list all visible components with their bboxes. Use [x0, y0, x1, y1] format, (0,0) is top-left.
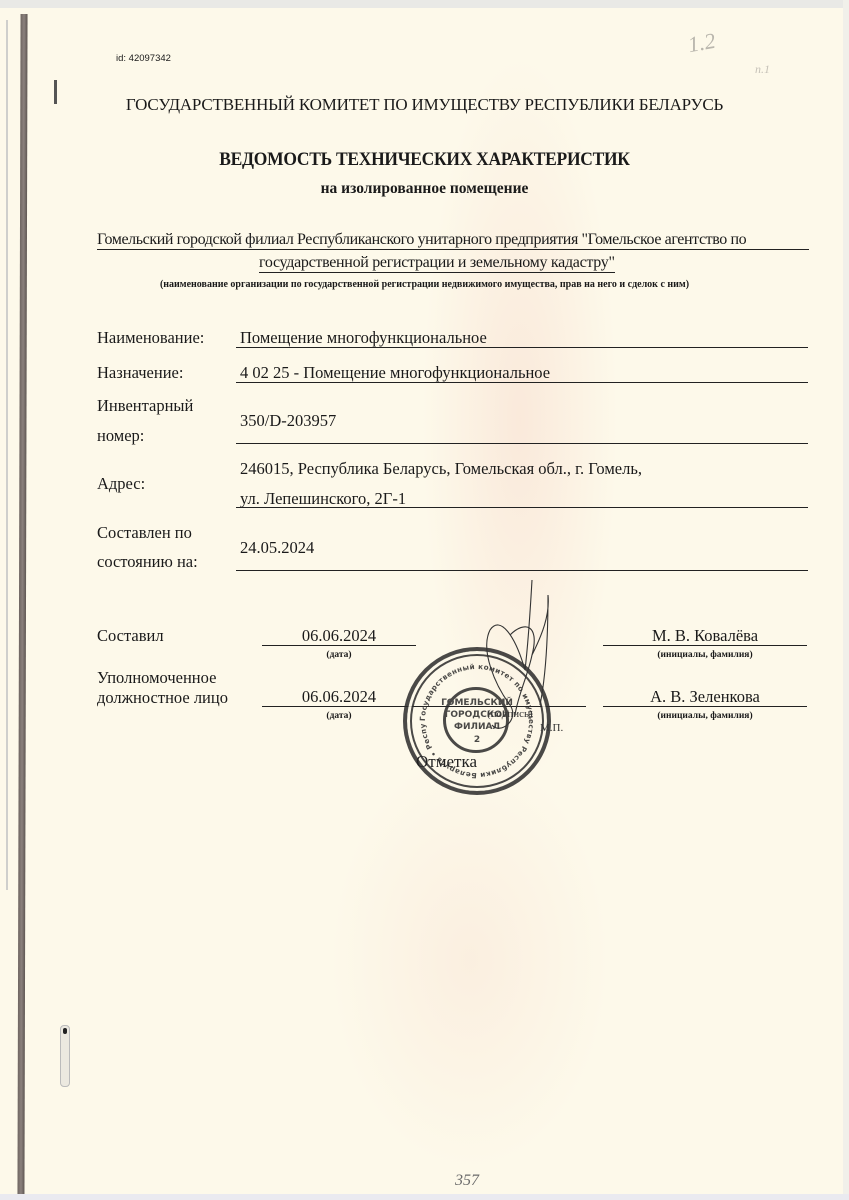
field-value-inventory: 350/D-203957: [240, 411, 336, 431]
field-label-inventory-line2: номер:: [97, 426, 144, 446]
field-label-as-of-line1: Составлен по: [97, 523, 192, 543]
date-caption: (дата): [262, 711, 416, 721]
field-value-purpose: 4 02 25 - Помещение многофункциональное: [240, 363, 550, 383]
handwritten-note-small: п.1: [755, 62, 770, 77]
scan-edge-top: [0, 0, 849, 8]
field-underline: [236, 382, 808, 383]
field-value-address-line2: ул. Лепешинского, 2Г-1: [240, 489, 406, 509]
field-label-inventory-line1: Инвентарный: [97, 396, 193, 416]
name-caption: (инициалы, фамилия): [603, 650, 807, 660]
document-subtitle: на изолированное помещение: [0, 180, 849, 198]
field-value-name: Помещение многофункциональное: [240, 328, 487, 348]
handwritten-signature-icon: [470, 575, 590, 765]
scan-edge-bottom: [0, 1194, 849, 1200]
signature-caption: (подпись): [487, 708, 533, 720]
name-underline: [603, 706, 807, 707]
binding-clip-icon: [60, 1025, 70, 1087]
field-underline: [236, 347, 808, 348]
field-label-address: Адрес:: [97, 474, 145, 494]
organization-name-line1: Гомельский городской филиал Республиканс…: [97, 231, 809, 250]
field-label-name: Наименование:: [97, 328, 204, 348]
handwritten-note: 1.2: [686, 28, 718, 58]
signature-name-compiled: М. В. Ковалёва: [603, 626, 807, 646]
committee-heading: ГОСУДАРСТВЕННЫЙ КОМИТЕТ ПО ИМУЩЕСТВУ РЕС…: [0, 95, 849, 115]
document-title: ВЕДОМОСТЬ ТЕХНИЧЕСКИХ ХАРАКТЕРИСТИК: [34, 149, 815, 171]
field-underline: [236, 443, 808, 444]
date-underline: [262, 645, 416, 646]
signature-label-authorized-line2: должностное лицо: [97, 688, 228, 708]
signature-date-compiled: 06.06.2024: [262, 626, 416, 646]
document-page: id: 42097342 1.2 п.1 ГОСУДАРСТВЕННЫЙ КОМ…: [0, 0, 849, 1200]
field-underline: [236, 507, 808, 508]
signature-date-authorized: 06.06.2024: [262, 687, 416, 707]
field-label-as-of-line2: состоянию на:: [97, 552, 198, 572]
field-value-as-of: 24.05.2024: [240, 538, 314, 558]
field-value-address-line1: 246015, Республика Беларусь, Гомельская …: [240, 459, 642, 479]
document-id: id: 42097342: [116, 53, 171, 64]
name-caption: (инициалы, фамилия): [603, 711, 807, 721]
date-caption: (дата): [262, 650, 416, 660]
field-label-purpose: Назначение:: [97, 363, 183, 383]
name-underline: [603, 645, 807, 646]
signature-label-authorized-line1: Уполномоченное: [97, 668, 216, 688]
organization-caption: (наименование организации по государстве…: [0, 279, 849, 290]
scan-shadow-line: [6, 20, 8, 890]
field-underline: [236, 570, 808, 571]
signature-label-compiled: Составил: [97, 626, 164, 646]
signature-name-authorized: А. В. Зеленкова: [603, 687, 807, 707]
mark-label: Отметка: [416, 752, 477, 772]
organization-name-line2: государственной регистрации и земельному…: [259, 254, 615, 273]
stamp-place-caption: М.П.: [540, 722, 563, 734]
handwritten-page-number: 357: [455, 1172, 479, 1190]
